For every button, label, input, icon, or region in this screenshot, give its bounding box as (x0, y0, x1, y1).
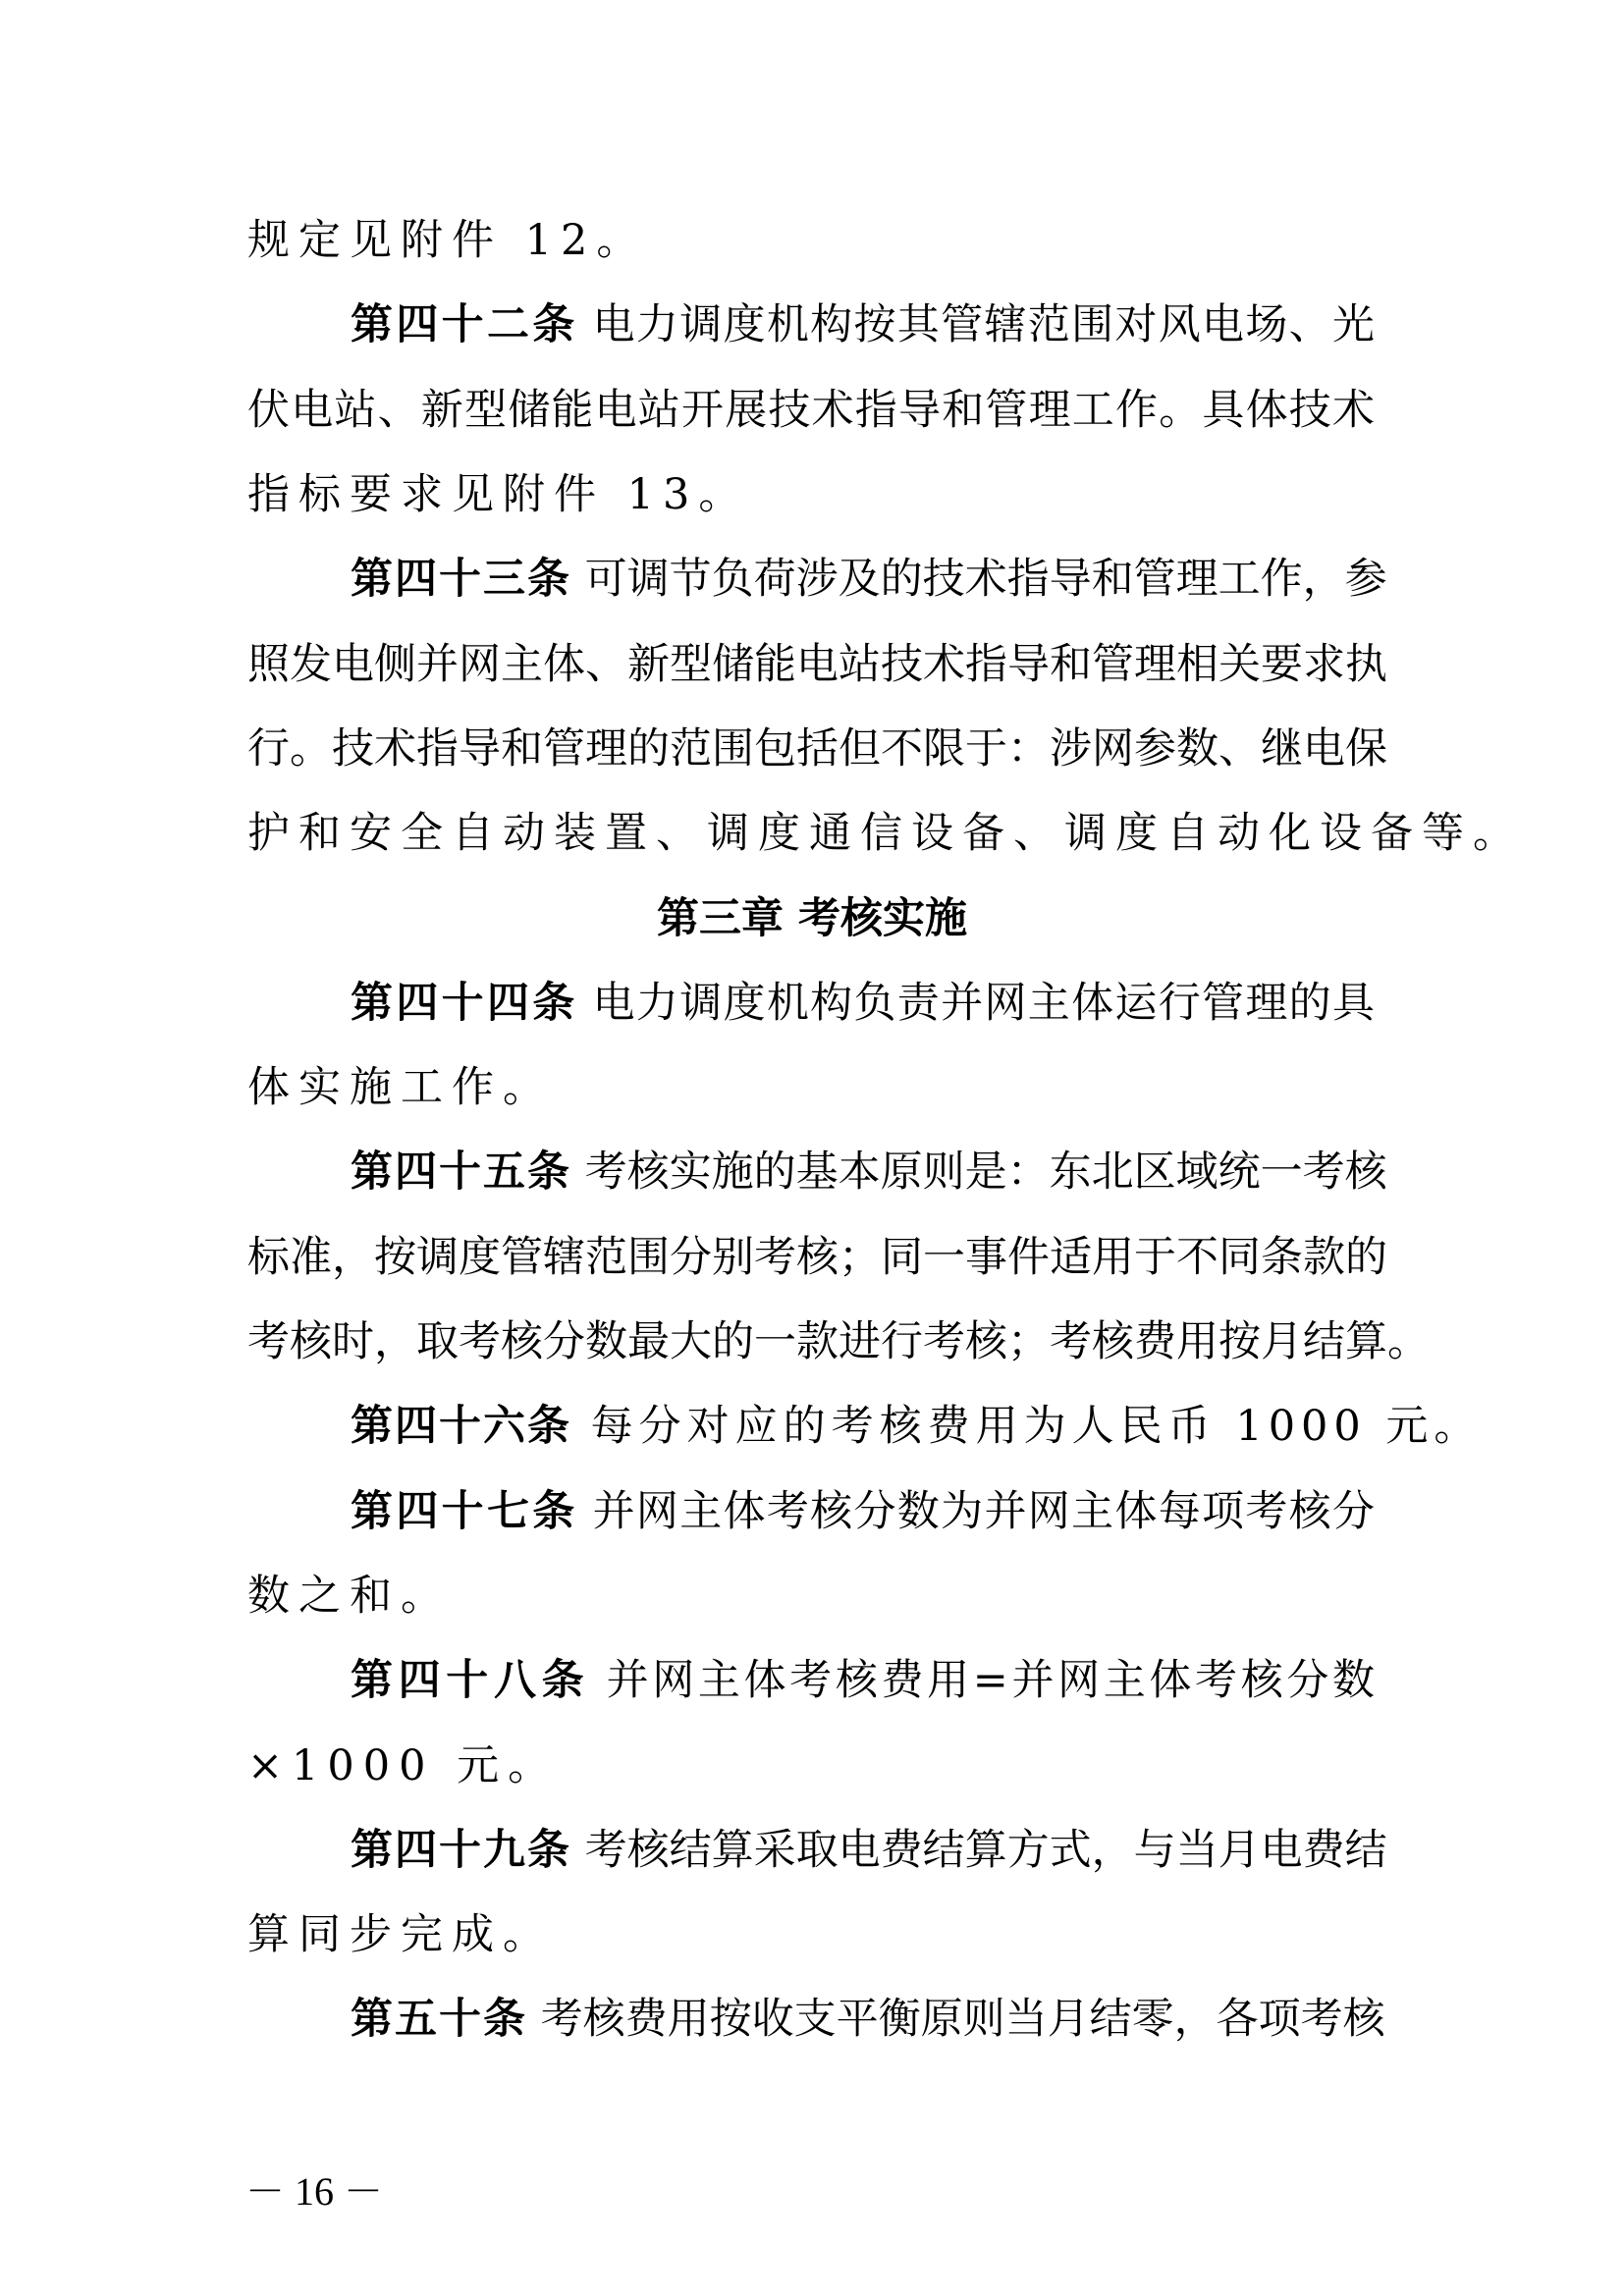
line-text: 考核时，取考核分数最大的一款进行考核；考核费用按月结算。 (247, 1317, 1430, 1366)
line-text: ×1000 元。 (247, 1741, 559, 1790)
article-49: 第四十九条 考核结算采取电费结算方式，与当月电费结 (351, 1821, 1375, 1880)
article-45: 第四十五条 考核实施的基本原则是：东北区域统一考核 (351, 1143, 1375, 1201)
line-text: 行。技术指导和管理的范围包括但不限于：涉网参数、继电保 (247, 724, 1387, 774)
line-text: 算同步完成。 (247, 1910, 554, 1959)
page-number: － 16 － (245, 2167, 383, 2216)
article-label: 第四十二条 (351, 300, 578, 349)
text-line: 标准，按调度管辖范围分别考核；同一事件适用于不同条款的 (247, 1228, 1375, 1287)
article-label: 第四十九条 (351, 1826, 571, 1875)
text-line: 体实施工作。 (247, 1058, 1375, 1117)
text-line: 考核时，取考核分数最大的一款进行考核；考核费用按月结算。 (247, 1312, 1375, 1371)
text-line: ×1000 元。 (247, 1736, 1375, 1795)
text-line: 伏电站、新型储能电站开展技术指导和管理工作。具体技术 (247, 381, 1375, 440)
line-text: 并网主体考核分数为并网主体每项考核分 (578, 1487, 1375, 1536)
text-line: 行。技术指导和管理的范围包括但不限于：涉网参数、继电保 (247, 720, 1375, 778)
line-text: 电力调度机构负责并网主体运行管理的具 (578, 979, 1375, 1028)
line-text: 考核费用按收支平衡原则当月结零，各项考核 (527, 1995, 1385, 2044)
article-48: 第四十八条 并网主体考核费用=并网主体考核分数 (351, 1651, 1375, 1710)
article-label: 第四十六条 (351, 1402, 571, 1451)
article-label: 第四十四条 (351, 979, 578, 1028)
line-text: 体实施工作。 (247, 1063, 554, 1112)
line-text: 标准，按调度管辖范围分别考核；同一事件适用于不同条款的 (247, 1233, 1387, 1282)
line-text: 伏电站、新型储能电站开展技术指导和管理工作。具体技术 (247, 386, 1375, 435)
line-text: 规定见附件 12。 (247, 216, 647, 265)
line-text: 考核实施的基本原则是：东北区域统一考核 (571, 1148, 1387, 1197)
line-text: 照发电侧并网主体、新型储能电站技术指导和管理相关要求执 (247, 640, 1387, 689)
article-label: 第五十条 (351, 1995, 527, 2044)
text-line: 规定见附件 12。 (247, 211, 1375, 270)
article-42: 第四十二条 电力调度机构按其管辖范围对风电场、光 (351, 295, 1375, 354)
article-43: 第四十三条 可调节负荷涉及的技术指导和管理工作，参 (351, 550, 1375, 609)
line-text: 可调节负荷涉及的技术指导和管理工作，参 (571, 555, 1387, 604)
article-label: 第四十三条 (351, 555, 571, 604)
chapter-heading: 第三章 考核实施 (0, 889, 1624, 948)
line-text: 并网主体考核费用=并网主体考核分数 (589, 1656, 1375, 1705)
text-line: 算同步完成。 (247, 1905, 1375, 1964)
text-line: 数之和。 (247, 1567, 1375, 1626)
text-line: 护和安全自动装置、调度通信设备、调度自动化设备等。 (247, 804, 1375, 863)
line-text: 指标要求见附件 13。 (247, 470, 749, 519)
article-label: 第四十七条 (351, 1487, 578, 1536)
line-text: 考核结算采取电费结算方式，与当月电费结 (571, 1826, 1387, 1875)
document-page: 规定见附件 12。 第四十二条 电力调度机构按其管辖范围对风电场、光 伏电站、新… (0, 0, 1624, 2296)
line-text: 数之和。 (247, 1572, 452, 1621)
article-label: 第四十五条 (351, 1148, 571, 1197)
line-text: 护和安全自动装置、调度通信设备、调度自动化设备等。 (247, 809, 1524, 858)
article-46: 第四十六条 每分对应的考核费用为人民币 1000 元。 (351, 1397, 1375, 1456)
text-line: 照发电侧并网主体、新型储能电站技术指导和管理相关要求执 (247, 635, 1375, 694)
line-text: 电力调度机构按其管辖范围对风电场、光 (578, 300, 1375, 349)
article-44: 第四十四条 电力调度机构负责并网主体运行管理的具 (351, 974, 1375, 1033)
article-47: 第四十七条 并网主体考核分数为并网主体每项考核分 (351, 1482, 1375, 1541)
article-label: 第四十八条 (351, 1656, 589, 1705)
text-line: 指标要求见附件 13。 (247, 465, 1375, 524)
article-50: 第五十条 考核费用按收支平衡原则当月结零，各项考核 (351, 1990, 1375, 2049)
line-text: 每分对应的考核费用为人民币 1000 元。 (571, 1402, 1482, 1451)
